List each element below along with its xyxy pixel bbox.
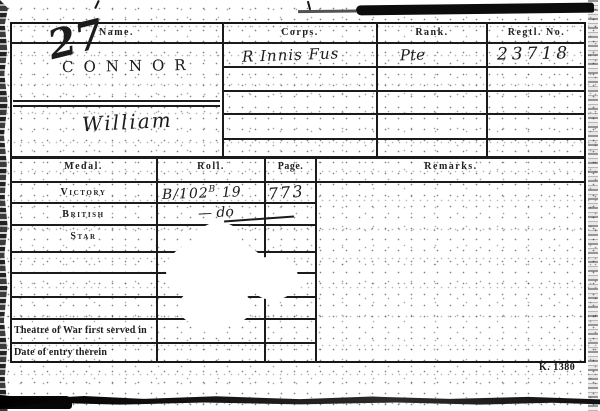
remarks-column-header: Remarks. (316, 161, 586, 172)
roll-prefix: B/102 (162, 185, 209, 203)
divider-page-remarks (315, 157, 317, 363)
theatre-of-war-label: Theatre of War first served in (14, 325, 147, 336)
section-divider (10, 156, 586, 159)
date-of-entry-label: Date of entry therein (14, 347, 107, 358)
rank-column-header: Rank. (377, 27, 487, 38)
form-code: K. 1380 (539, 362, 575, 373)
roll-superscript: B (208, 184, 216, 194)
scan-edge-right (588, 0, 598, 411)
name-divider-rule (13, 105, 220, 107)
medal-index-card-scan: Name. Corps. Rank. Regtl. No. Medal. Rol… (0, 0, 600, 411)
name-divider-rule (13, 100, 220, 102)
damage-hole-lobe (192, 312, 226, 330)
handwritten-surname: CONNOR (62, 56, 196, 76)
ink-stain (94, 0, 100, 9)
row-rule (10, 224, 316, 226)
row-rule (223, 66, 586, 68)
roll-column-header: Roll. (157, 161, 265, 172)
scan-edge-bottom (0, 395, 600, 408)
page-column-header: Page. (265, 161, 316, 172)
row-rule (10, 318, 316, 320)
torn-edge-left (0, 0, 8, 411)
regtl-no-column-header: Regtl. No. (487, 27, 586, 38)
scan-smudge-top (356, 3, 594, 16)
handwritten-rank: Pte (400, 46, 426, 65)
row-rule (223, 113, 586, 115)
handwritten-regtl-no: 23718 (497, 43, 571, 64)
handwritten-page-victory: 773 (267, 181, 305, 203)
handwritten-forename: William (81, 108, 173, 137)
scan-smudge-tail (298, 9, 356, 13)
row-rule (10, 342, 316, 344)
medal-row-star: Star (10, 231, 157, 242)
row-rule (10, 251, 316, 253)
roll-suffix: 19 (222, 184, 242, 201)
damage-hole-lobe (248, 256, 298, 300)
corps-column-header: Corps. (223, 27, 377, 38)
medal-row-british: British (10, 209, 157, 220)
row-rule (223, 90, 586, 92)
row-rule (223, 138, 586, 140)
medal-row-victory: Victory (10, 187, 157, 198)
medal-column-header: Medal. (10, 161, 157, 172)
handwritten-corps: R Innis Fus (242, 44, 340, 65)
name-column-header: Name. (10, 27, 223, 38)
handwritten-roll-victory: B/102B 19 (162, 184, 242, 203)
ink-stain (307, 1, 311, 10)
